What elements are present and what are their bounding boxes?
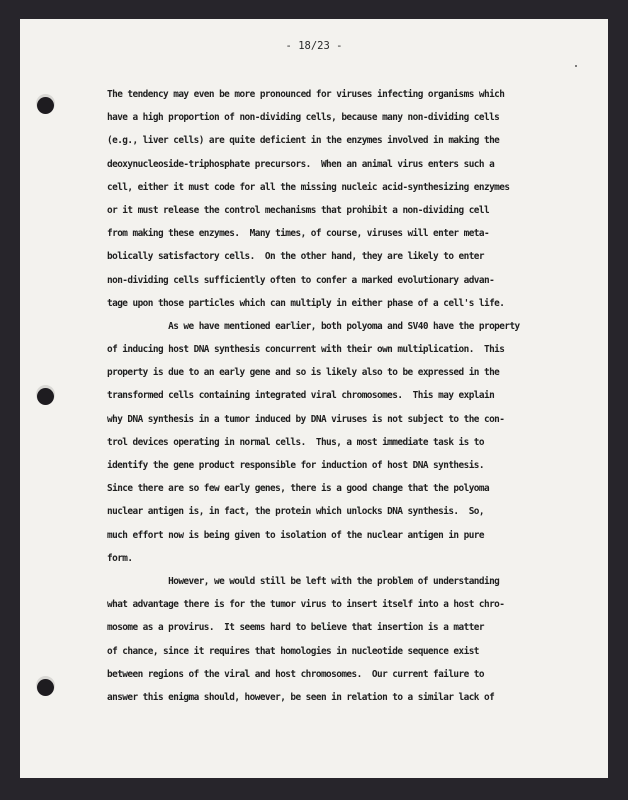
text-line: form. bbox=[107, 551, 587, 574]
text-line: of chance, since it requires that homolo… bbox=[107, 644, 587, 667]
text-line: why DNA synthesis in a tumor induced by … bbox=[107, 412, 587, 435]
binder-hole-bottom bbox=[37, 679, 54, 696]
text-line: bolically satisfactory cells. On the oth… bbox=[107, 249, 587, 272]
text-line: deoxynucleoside-triphosphate precursors.… bbox=[107, 157, 587, 180]
text-line: mosome as a provirus. It seems hard to b… bbox=[107, 620, 587, 643]
text-line: nuclear antigen is, in fact, the protein… bbox=[107, 504, 587, 527]
text-line: answer this enigma should, however, be s… bbox=[107, 690, 587, 713]
text-line: The tendency may even be more pronounced… bbox=[107, 87, 587, 110]
text-line: between regions of the viral and host ch… bbox=[107, 667, 587, 690]
text-line: Since there are so few early genes, ther… bbox=[107, 481, 587, 504]
binder-hole-top bbox=[37, 97, 54, 114]
text-line: of inducing host DNA synthesis concurren… bbox=[107, 342, 587, 365]
text-line: (e.g., liver cells) are quite deficient … bbox=[107, 133, 587, 156]
text-line: much effort now is being given to isolat… bbox=[107, 528, 587, 551]
text-line: cell, either it must code for all the mi… bbox=[107, 180, 587, 203]
text-line: have a high proportion of non-dividing c… bbox=[107, 110, 587, 133]
text-line: identify the gene product responsible fo… bbox=[107, 458, 587, 481]
text-line: trol devices operating in normal cells. … bbox=[107, 435, 587, 458]
document-page: - 18/23 - The tendency may even be more … bbox=[20, 19, 608, 778]
text-line: tage upon those particles which can mult… bbox=[107, 296, 587, 319]
body-text: The tendency may even be more pronounced… bbox=[107, 87, 587, 713]
page-number: - 18/23 - bbox=[20, 40, 608, 52]
text-line: However, we would still be left with the… bbox=[107, 574, 587, 597]
text-line: non-dividing cells sufficiently often to… bbox=[107, 273, 587, 296]
text-line: from making these enzymes. Many times, o… bbox=[107, 226, 587, 249]
text-line: or it must release the control mechanism… bbox=[107, 203, 587, 226]
speck bbox=[575, 65, 577, 67]
binder-hole-middle bbox=[37, 388, 54, 405]
text-line: what advantage there is for the tumor vi… bbox=[107, 597, 587, 620]
text-line: property is due to an early gene and so … bbox=[107, 365, 587, 388]
text-line: As we have mentioned earlier, both polyo… bbox=[107, 319, 587, 342]
text-line: transformed cells containing integrated … bbox=[107, 388, 587, 411]
